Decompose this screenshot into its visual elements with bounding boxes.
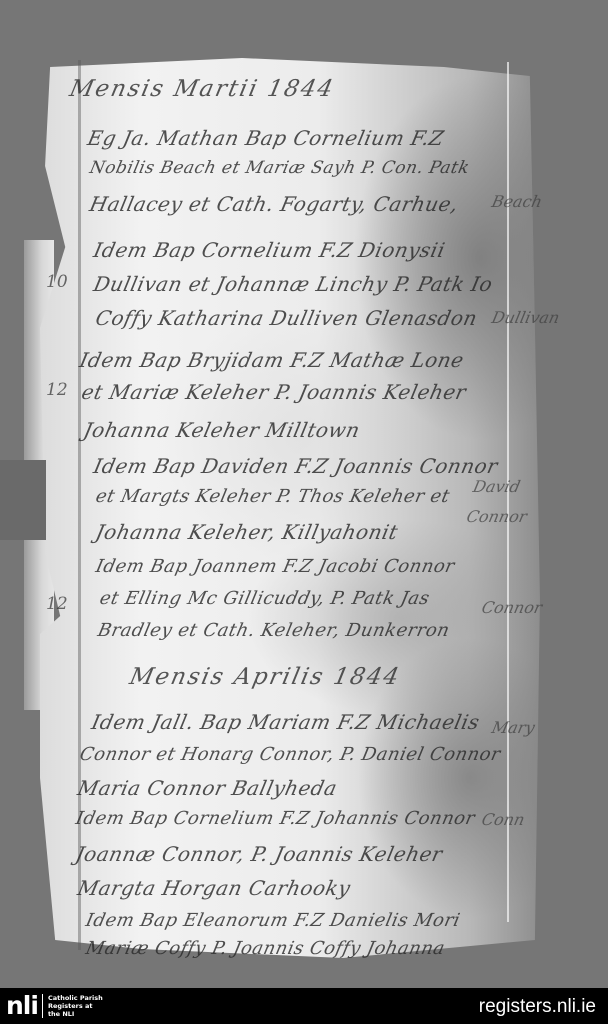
logo-text-line: Catholic Parish: [48, 994, 103, 1002]
entry-line: et Mariæ Keleher P. Joannis Keleher: [79, 380, 468, 404]
footer-bar: nli Catholic Parish Registers at the NLI…: [0, 988, 608, 1024]
margin-number: 12: [46, 594, 68, 614]
logo-text-line: the NLI: [48, 1010, 74, 1018]
entry-line: Johanna Keleher Milltown: [81, 418, 362, 442]
section-heading: Mensis Aprilis 1844: [127, 664, 403, 690]
margin-note: David Connor: [464, 472, 537, 532]
entry-line: Nobilis Beach et Mariæ Sayh P. Con. Patk: [88, 158, 472, 178]
entry-line: Idem Bap Cornelium F.Z Johannis Connor: [74, 808, 477, 829]
entry-line: Dullivan et Johannæ Linchy P. Patk Io: [91, 272, 495, 296]
entry-line: Margta Horgan Carhooky: [75, 876, 352, 900]
entry-line: Idem Bap Joannem F.Z Jacobi Connor: [94, 556, 457, 577]
margin-note: Conn: [480, 810, 527, 829]
entry-line: Mariæ Coffy P. Joannis Coffy Johanna: [84, 938, 447, 959]
entry-line: Hallacey et Cath. Fogarty, Carhue,: [87, 192, 460, 216]
entry-line: Connor et Honarg Connor, P. Daniel Conno…: [78, 744, 503, 765]
margin-number: 10: [46, 272, 68, 292]
page-notch-shadow: [0, 460, 46, 540]
logo-text: Catholic Parish Registers at the NLI: [48, 994, 103, 1018]
entry-line: Joannæ Connor, P. Joannis Keleher: [73, 842, 444, 866]
entry-line: Coffy Katharina Dulliven Glenasdon: [93, 306, 479, 330]
nli-logo[interactable]: nli Catholic Parish Registers at the NLI: [6, 992, 103, 1020]
entry-line: Idem Bap Eleanorum F.Z Danielis Mori: [84, 910, 462, 931]
margin-note: Beach: [490, 192, 544, 211]
site-url-link[interactable]: registers.nli.ie: [479, 996, 596, 1018]
entry-line: Idem Bap Daviden F.Z Joannis Connor: [91, 454, 500, 478]
margin-note: Dullivan: [490, 308, 561, 327]
logo-text-line: Registers at: [48, 1002, 93, 1010]
entry-line: Maria Connor Ballyheda: [75, 776, 339, 800]
margin-number: 12: [46, 380, 68, 400]
entry-line: et Elling Mc Gillicuddy, P. Patk Jas: [98, 588, 432, 609]
section-heading: Mensis Martii 1844: [67, 76, 337, 102]
entry-line: Idem Bap Bryjidam F.Z Mathæ Lone: [77, 348, 466, 372]
entry-line: Bradley et Cath. Keleher, Dunkerron: [96, 620, 452, 641]
image-viewer[interactable]: Mensis Martii 1844 Eg Ja. Mathan Bap Cor…: [0, 0, 608, 988]
entry-line: Johanna Keleher, Killyahonit: [93, 520, 400, 544]
margin-note: Connor: [480, 598, 544, 617]
nli-logo-mark: nli: [6, 992, 38, 1020]
entry-line: Idem Bap Cornelium F.Z Dionysii: [91, 238, 447, 262]
entry-line: et Margts Keleher P. Thos Keleher et: [94, 486, 452, 507]
margin-note: Mary: [490, 718, 537, 737]
entry-line: Idem Jall. Bap Mariam F.Z Michaelis: [89, 710, 481, 734]
entry-line: Eg Ja. Mathan Bap Cornelium F.Z: [85, 126, 446, 150]
logo-divider: [42, 994, 43, 1018]
